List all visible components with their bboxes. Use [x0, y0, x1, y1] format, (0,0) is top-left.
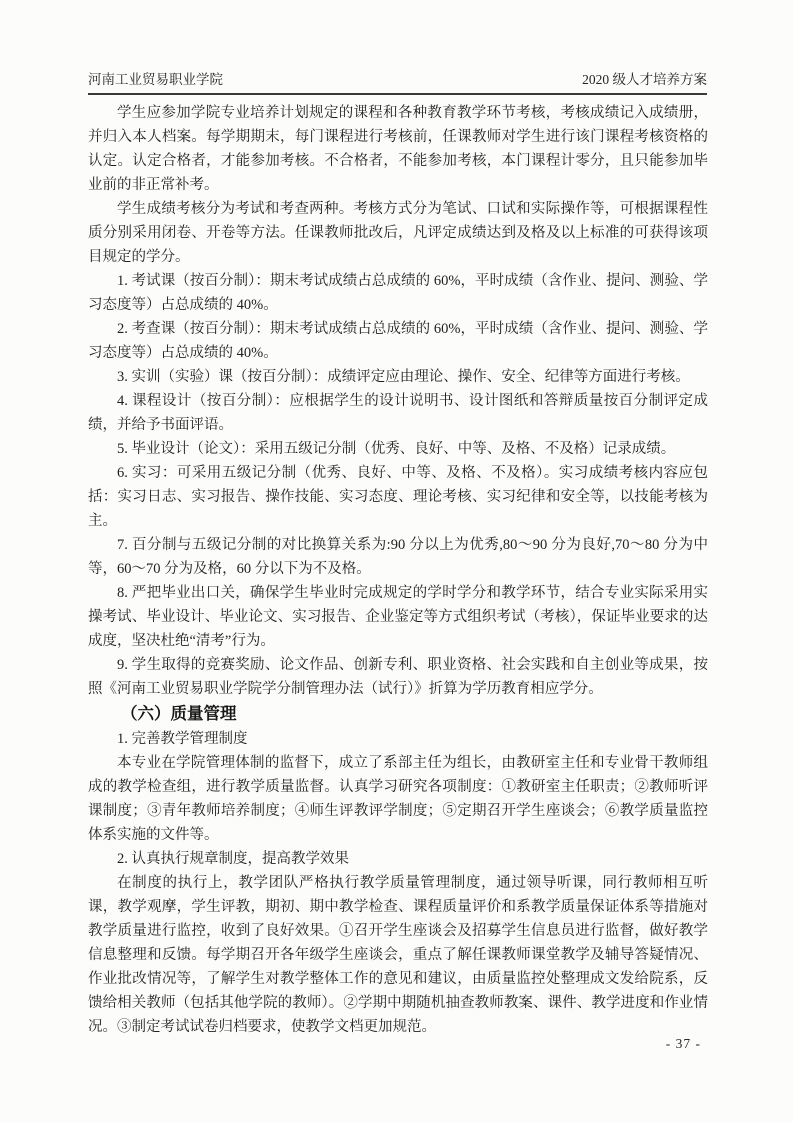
list-item-internship: 6. 实习：可采用五级记分制（优秀、良好、中等、及格、不及格）。实习成绩考核内容… [88, 461, 708, 533]
list-item-exam-course: 1. 考试课（按百分制）：期末考试成绩占总成绩的 60%，平时成绩（含作业、提问… [88, 269, 708, 317]
list-item-credit-conversion: 9. 学生取得的竞赛奖励、论文作品、创新专利、职业资格、社会实践和自主创业等成果… [88, 653, 708, 701]
page-header: 河南工业贸易职业学院 2020 级人才培养方案 [88, 71, 707, 95]
paragraph: 学生应参加学院专业培养计划规定的课程和各种教育教学环节考核，考核成绩记入成绩册，… [88, 101, 708, 197]
subsection-title: 1. 完善教学管理制度 [88, 727, 708, 751]
paragraph: 在制度的执行上，教学团队严格执行教学质量管理制度，通过领导听课，同行教师相互听课… [88, 871, 708, 1039]
list-item-graduation-exit: 8. 严把毕业出口关，确保学生毕业时完成规定的学时学分和教学环节，结合专业实际采… [88, 581, 708, 653]
paragraph: 学生成绩考核分为考试和考查两种。考核方式分为笔试、口试和实际操作等，可根据课程性… [88, 197, 708, 269]
list-item-practical-course: 3. 实训（实验）课（按百分制）：成绩评定应由理论、操作、安全、纪律等方面进行考… [88, 365, 708, 389]
document-page: 河南工业贸易职业学院 2020 级人才培养方案 学生应参加学院专业培养计划规定的… [0, 0, 793, 1122]
document-body: 学生应参加学院专业培养计划规定的课程和各种教育教学环节考核，考核成绩记入成绩册，… [88, 101, 708, 1039]
header-program-label: 2020 级人才培养方案 [582, 71, 707, 88]
subsection-title: 2. 认真执行规章制度，提高教学效果 [88, 847, 708, 871]
list-item-course-design: 4. 课程设计（按百分制）：应根据学生的设计说明书、设计图纸和答辩质量按百分制评… [88, 389, 708, 437]
header-school-name: 河南工业贸易职业学院 [88, 71, 223, 88]
list-item-assessment-course: 2. 考查课（按百分制）：期末考试成绩占总成绩的 60%，平时成绩（含作业、提问… [88, 317, 708, 365]
list-item-graduation-design: 5. 毕业设计（论文）：采用五级记分制（优秀、良好、中等、及格、不及格）记录成绩… [88, 437, 708, 461]
section-heading-quality-management: （六）质量管理 [88, 701, 708, 727]
list-item-grade-conversion: 7. 百分制与五级记分制的对比换算关系为:90 分以上为优秀,80～90 分为良… [88, 533, 708, 581]
page-number: - 37 - [666, 1036, 701, 1052]
paragraph: 本专业在学院管理体制的监督下，成立了系部主任为组长，由教研室主任和专业骨干教师组… [88, 751, 708, 847]
